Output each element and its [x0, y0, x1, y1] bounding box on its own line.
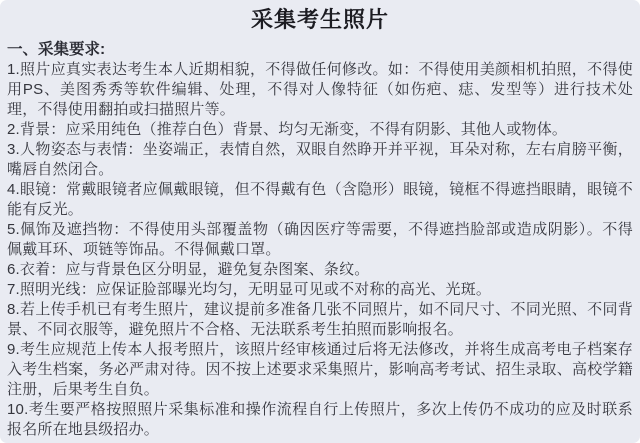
requirement-item-1: 1.照片应真实表达考生本人近期相貌，不得做任何修改。如：不得使用美颜相机拍照，不… — [7, 60, 633, 120]
requirement-item-9: 9.考生应规范上传本人报考照片，该照片经审核通过后将无法修改，并将生成高考电子档… — [7, 340, 633, 400]
section-heading-requirements: 一、采集要求: — [7, 40, 633, 59]
page-title: 采集考生照片 — [7, 7, 633, 33]
requirement-item-10: 10.考生要严格按照照片采集标准和操作流程自行上传照片，多次上传仍不成功的应及时… — [7, 400, 633, 440]
requirement-item-7: 7.照明光线：应保证脸部曝光均匀，无明显可见或不对称的高光、光斑。 — [7, 280, 633, 300]
requirement-item-3: 3.人物姿态与表情：坐姿端正，表情自然，双眼自然睁开并平视，耳朵对称，左右肩膀平… — [7, 140, 633, 180]
requirement-item-5: 5.佩饰及遮挡物：不得使用头部覆盖物（确因医疗等需要，不得遮挡脸部或造成阴影）。… — [7, 220, 633, 260]
requirement-item-4: 4.眼镜：常戴眼镜者应佩戴眼镜，但不得戴有色（含隐形）眼镜，镜框不得遮挡眼睛，眼… — [7, 180, 633, 220]
requirement-item-6: 6.衣着：应与背景色区分明显，避免复杂图案、条纹。 — [7, 260, 633, 280]
requirement-item-8: 8.若上传手机已有考生照片，建议提前多准备几张不同照片，如不同尺寸、不同光照、不… — [7, 300, 633, 340]
requirement-item-2: 2.背景：应采用纯色（推荐白色）背景、均匀无渐变，不得有阴影、其他人或物体。 — [7, 120, 633, 140]
document-page: 采集考生照片 一、采集要求: 1.照片应真实表达考生本人近期相貌，不得做任何修改… — [0, 0, 640, 443]
